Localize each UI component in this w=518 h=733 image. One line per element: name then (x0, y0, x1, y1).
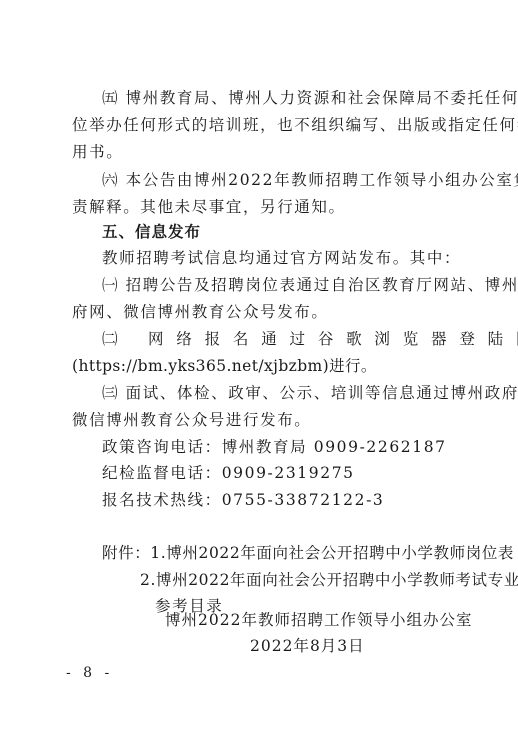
attachment-2-line-1: 2.博州2022年面向社会公开招聘中小学教师考试专业 (140, 570, 518, 590)
item-2-line-1: ㈡ 网络报名通过谷歌浏览器登陆网址 (102, 329, 485, 349)
paragraph-5-line-3: 用书。 (72, 142, 455, 162)
section-intro: 教师招聘考试信息均通过官方网站发布。其中： (102, 248, 485, 268)
signature-organization: 博州2022年教师招聘工作领导小组办公室 (165, 610, 518, 630)
item-1-line-1: ㈠ 招聘公告及招聘岗位表通过自治区教育厅网站、博州政 (102, 275, 485, 295)
document-page: ㈤ 博州教育局、博州人力资源和社会保障局不委托任何单 位举办任何形式的培训班，也… (0, 0, 518, 733)
section-heading: 五、信息发布 (102, 222, 485, 242)
page-number: - 8 - (66, 665, 113, 681)
attachment-1: 附件：1.博州2022年面向社会公开招聘中小学教师岗位表 (102, 543, 485, 563)
paragraph-6-line-2: 责解释。其他未尽事宜，另行通知。 (72, 197, 455, 217)
contact-tech-hotline: 报名技术热线：0755-33872122-3 (102, 490, 485, 510)
paragraph-5-line-2: 位举办任何形式的培训班，也不组织编写、出版或指定任何考试 (72, 115, 455, 135)
contact-supervision: 纪检监督电话：0909-2319275 (102, 463, 485, 483)
item-2-line-2: (https://bm.yks365.net/xjbzbm)进行。 (72, 356, 455, 376)
signature-date: 2022年8月3日 (250, 636, 518, 656)
paragraph-6-line-1: ㈥ 本公告由博州2022年教师招聘工作领导小组办公室负 (102, 170, 485, 190)
paragraph-5-line-1: ㈤ 博州教育局、博州人力资源和社会保障局不委托任何单 (102, 88, 485, 108)
item-3-line-2: 微信博州教育公众号进行发布。 (72, 410, 455, 430)
contact-policy: 政策咨询电话：博州教育局 0909-2262187 (102, 437, 485, 457)
item-1-line-2: 府网、微信博州教育公众号发布。 (72, 302, 455, 322)
item-3-line-1: ㈢ 面试、体检、政审、公示、培训等信息通过博州政府网、 (102, 383, 485, 403)
